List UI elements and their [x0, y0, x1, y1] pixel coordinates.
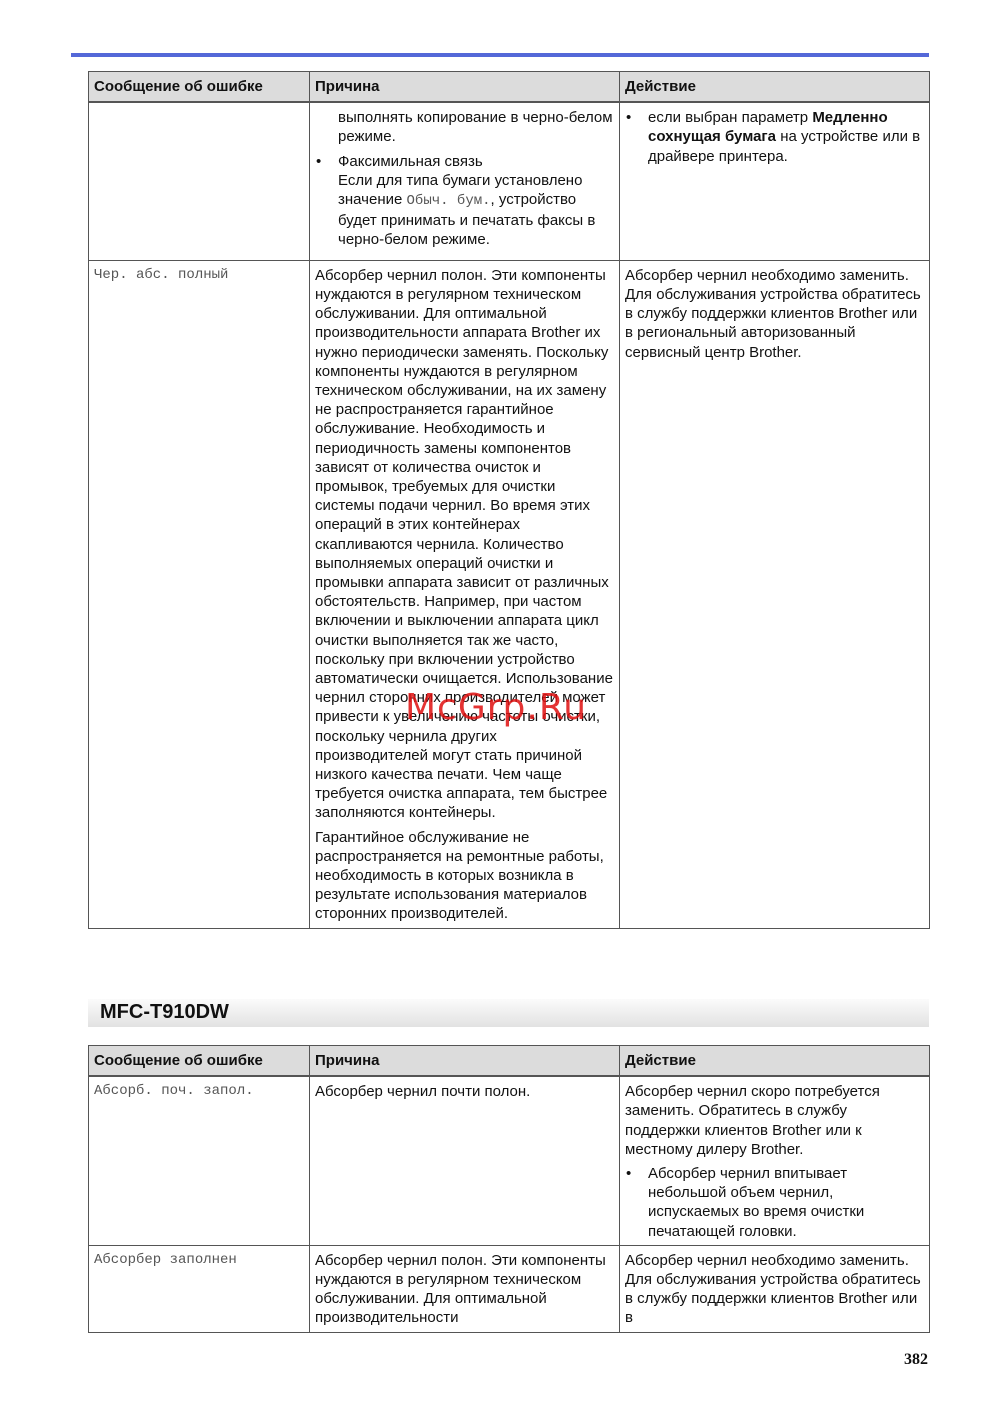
- table-header-row: Сообщение об ошибке Причина Действие: [89, 1046, 930, 1077]
- action-cell: Абсорбер чернил скоро потребуется замени…: [620, 1076, 930, 1245]
- top-rule: [71, 53, 929, 57]
- cause-bullet: • Факсимильная связь: [315, 152, 614, 171]
- error-cell: Абсорб. поч. запол.: [89, 1076, 310, 1245]
- header-cause: Причина: [310, 1046, 620, 1077]
- cause-cell: Абсорбер чернил почти полон.: [310, 1076, 620, 1245]
- error-cell: [89, 102, 310, 260]
- section-heading: MFC-T910DW: [88, 999, 929, 1027]
- action-cell: Абсорбер чернил необходимо заменить. Для…: [620, 260, 930, 928]
- error-table-2: Сообщение об ошибке Причина Действие Абс…: [88, 1045, 930, 1333]
- header-action: Действие: [620, 72, 930, 103]
- action-bullet-text: Абсорбер чернил впитывает небольшой объе…: [648, 1165, 864, 1240]
- cause-text: Абсорбер чернил полон. Эти компоненты ну…: [315, 266, 614, 823]
- cause-fax-text: Если для типа бумаги установлено значени…: [315, 171, 614, 250]
- table-row: Чер. абс. полный Абсорбер чернил полон. …: [89, 260, 930, 928]
- table-row: выполнять копирование в черно-белом режи…: [89, 102, 930, 260]
- action-bullet: • Абсорбер чернил впитывает небольшой об…: [625, 1164, 924, 1241]
- table-row: Абсорб. поч. запол. Абсорбер чернил почт…: [89, 1076, 930, 1245]
- page-number: 382: [904, 1351, 928, 1369]
- cause-cell: Абсорбер чернил полон. Эти компоненты ну…: [310, 260, 620, 928]
- header-error-message: Сообщение об ошибке: [89, 1046, 310, 1077]
- cause-bullet-text: Факсимильная связь: [338, 153, 483, 170]
- error-table-1: Сообщение об ошибке Причина Действие вып…: [88, 71, 930, 929]
- header-error-message: Сообщение об ошибке: [89, 72, 310, 103]
- header-cause: Причина: [310, 72, 620, 103]
- paper-type-code: Обыч. бум.: [407, 193, 491, 209]
- table-header-row: Сообщение об ошибке Причина Действие: [89, 72, 930, 103]
- bullet-icon: •: [316, 152, 321, 171]
- table-row: Абсорбер заполнен Абсорбер чернил полон.…: [89, 1245, 930, 1332]
- action-bullet: • если выбран параметр Медленно сохнущая…: [625, 108, 924, 166]
- error-cell: Чер. абс. полный: [89, 260, 310, 928]
- watermark: McGrp.Ru: [405, 687, 587, 728]
- error-cell: Абсорбер заполнен: [89, 1245, 310, 1332]
- header-action: Действие: [620, 1046, 930, 1077]
- cause-text: выполнять копирование в черно-белом режи…: [315, 108, 614, 146]
- section-title: MFC-T910DW: [100, 1001, 229, 1024]
- cause-cell: выполнять копирование в черно-белом режи…: [310, 102, 620, 260]
- action-text: Абсорбер чернил скоро потребуется замени…: [625, 1082, 924, 1159]
- cause-cell: Абсорбер чернил полон. Эти компоненты ну…: [310, 1245, 620, 1332]
- bullet-icon: •: [626, 1164, 631, 1183]
- cause-warranty-text: Гарантийное обслуживание не распространя…: [315, 828, 614, 924]
- action-cell: • если выбран параметр Медленно сохнущая…: [620, 102, 930, 260]
- action-pre: если выбран параметр: [648, 109, 812, 126]
- action-cell: Абсорбер чернил необходимо заменить. Для…: [620, 1245, 930, 1332]
- bullet-icon: •: [626, 108, 631, 127]
